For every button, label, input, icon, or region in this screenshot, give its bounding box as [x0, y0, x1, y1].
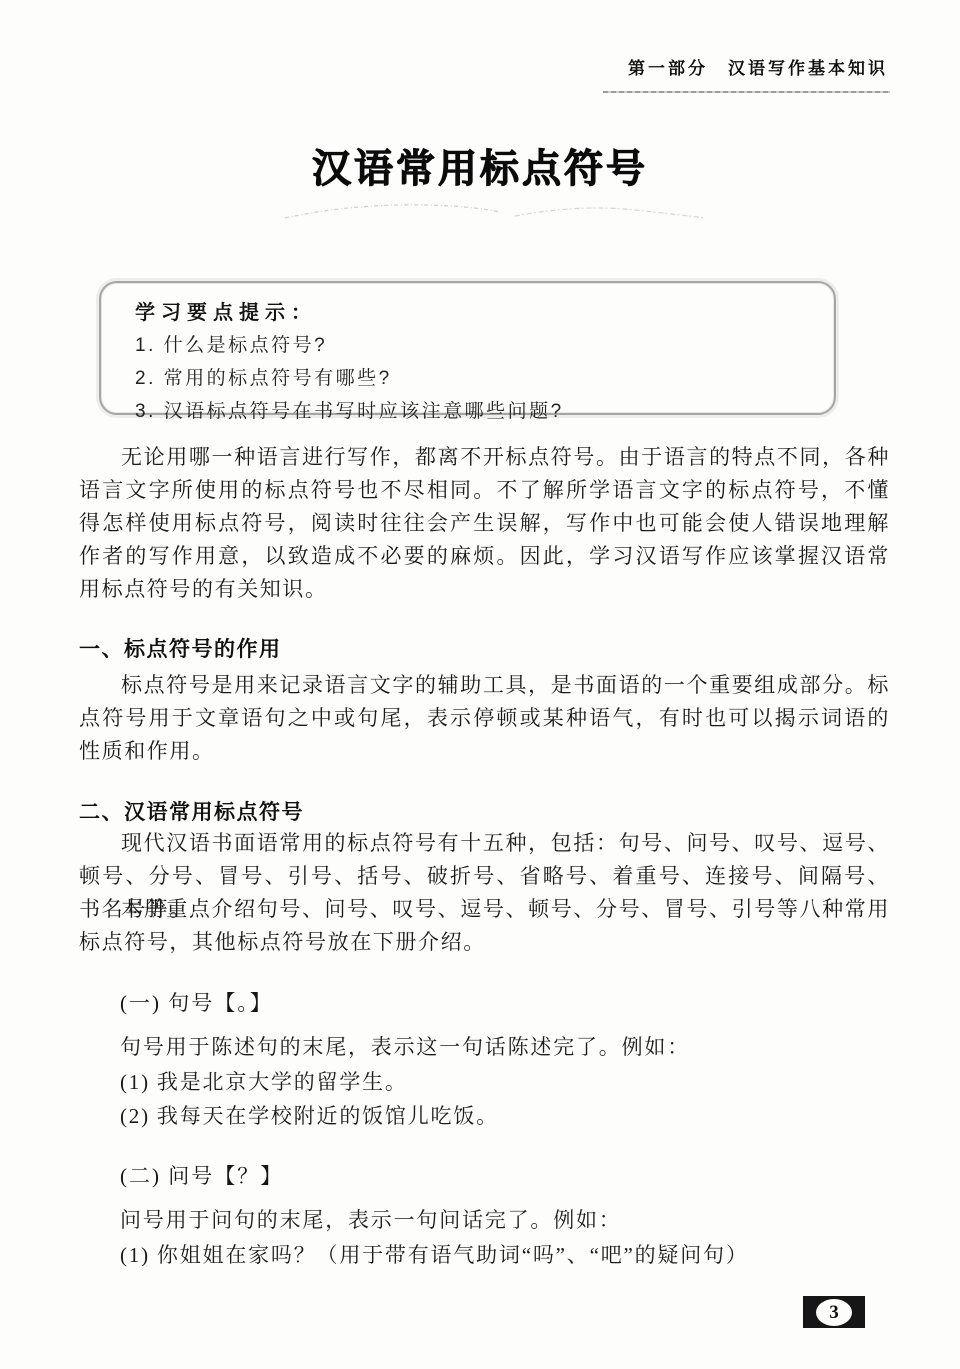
header-rule: [603, 91, 890, 93]
section-1-heading: 一、标点符号的作用: [79, 633, 282, 663]
learning-tips-box: 学习要点提示： 1. 什么是标点符号? 2. 常用的标点符号有哪些? 3. 汉语…: [99, 281, 836, 415]
period-example-2: (2) 我每天在学校附近的饭馆儿吃饭。: [120, 1100, 499, 1130]
running-header: 第一部分 汉语写作基本知识: [628, 54, 888, 79]
page-title: 汉语常用标点符号: [0, 138, 960, 194]
subsection-question-heading: (二) 问号【？】: [120, 1160, 283, 1190]
tips-heading: 学习要点提示：: [135, 296, 816, 325]
tips-item-3: 3. 汉语标点符号在书写时应该注意哪些问题?: [135, 400, 816, 424]
scan-smudge-decoration: [280, 196, 710, 226]
scanned-textbook-page: 第一部分 汉语写作基本知识 汉语常用标点符号 学习要点提示： 1. 什么是标点符…: [0, 0, 960, 1369]
subsection-period-heading: (一) 句号【。】: [120, 987, 273, 1017]
page-number-ellipse: 3: [816, 1299, 852, 1326]
section-2-paragraph-2: 本册重点介绍句号、问号、叹号、逗号、顿号、分号、冒号、引号等八种常用标点符号，其…: [79, 893, 890, 959]
tips-item-2: 2. 常用的标点符号有哪些?: [135, 367, 816, 391]
section-1-body: 标点符号是用来记录语言文字的辅助工具，是书面语的一个重要组成部分。标点符号用于文…: [79, 669, 890, 768]
page-number: 3: [829, 1303, 839, 1322]
subsection-question-description: 问号用于问句的末尾，表示一句问话完了。例如：: [120, 1204, 622, 1234]
question-example-1: (1) 你姐姐在家吗？（用于带有语气助词“吗”、“吧”的疑问句）: [120, 1239, 749, 1269]
period-example-1: (1) 我是北京大学的留学生。: [120, 1066, 408, 1096]
section-2-heading: 二、汉语常用标点符号: [79, 796, 304, 826]
tips-item-1: 1. 什么是标点符号?: [135, 334, 816, 358]
intro-paragraph: 无论用哪一种语言进行写作，都离不开标点符号。由于语言的特点不同，各种语言文字所使…: [79, 441, 890, 606]
page-number-badge: 3: [803, 1296, 865, 1328]
subsection-period-description: 句号用于陈述句的末尾，表示这一句话陈述完了。例如：: [120, 1031, 690, 1061]
